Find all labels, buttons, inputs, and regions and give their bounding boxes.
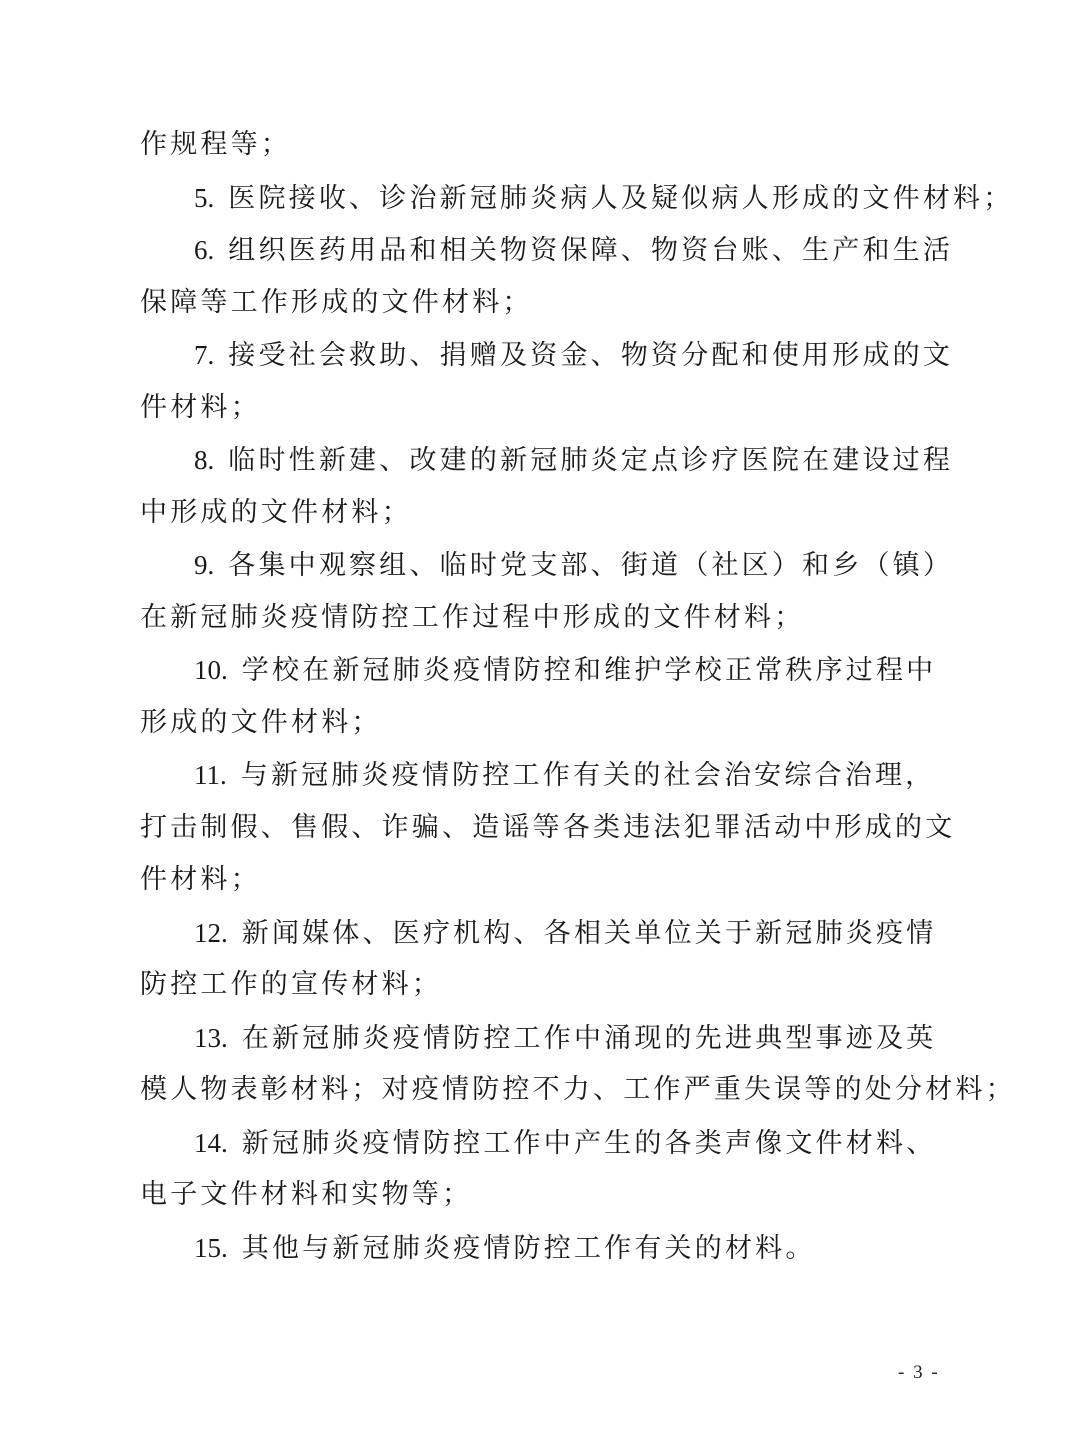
text-line: 打击制假、售假、诈骗、造谣等各类违法犯罪活动中形成的文	[140, 811, 940, 845]
list-item-line: 14.新冠肺炎疫情防控工作中产生的各类声像文件材料、	[194, 1126, 994, 1161]
list-item-number: 7.	[194, 340, 214, 370]
list-item-number: 9.	[194, 550, 214, 580]
text-line: 在新冠肺炎疫情防控工作过程中形成的文件材料；	[140, 601, 940, 635]
line-text: 学校在新冠肺炎疫情防控和维护学校正常秩序过程中	[242, 655, 937, 686]
list-item-line: 15.其他与新冠肺炎疫情防控工作有关的材料。	[194, 1231, 994, 1266]
list-item-number: 12.	[194, 918, 228, 948]
line-text: 临时性新建、改建的新冠肺炎定点诊疗医院在建设过程	[228, 445, 953, 476]
text-line: 防控工作的宣传材料；	[140, 968, 940, 1002]
list-item-number: 13.	[194, 1023, 228, 1053]
line-text: 组织医药用品和相关物资保障、物资台账、生产和生活	[228, 235, 953, 266]
line-text: 件材料；	[140, 392, 261, 423]
list-item-line: 11.与新冠肺炎疫情防控工作有关的社会治安综合治理，	[194, 758, 994, 793]
text-line: 电子文件材料和实物等；	[140, 1178, 940, 1212]
list-item-line: 8.临时性新建、改建的新冠肺炎定点诊疗医院在建设过程	[194, 443, 994, 478]
list-item-line: 9.各集中观察组、临时党支部、街道（社区）和乡（镇）	[194, 548, 994, 583]
list-item-line: 5.医院接收、诊治新冠肺炎病人及疑似病人形成的文件材料；	[194, 181, 994, 216]
list-item-number: 15.	[194, 1233, 228, 1263]
line-text: 作规程等；	[140, 129, 291, 160]
line-text: 与新冠肺炎疫情防控工作有关的社会治安综合治理，	[241, 760, 936, 791]
line-text: 件材料；	[140, 864, 261, 895]
text-line: 中形成的文件材料；	[140, 496, 940, 530]
list-item-line: 7.接受社会救助、捐赠及资金、物资分配和使用形成的文	[194, 338, 994, 373]
text-line: 形成的文件材料；	[140, 706, 940, 740]
line-text: 在新冠肺炎疫情防控工作中涌现的先进典型事迹及英	[242, 1023, 937, 1054]
line-text: 电子文件材料和实物等；	[140, 1179, 472, 1210]
list-item-number: 10.	[194, 655, 228, 685]
line-text: 新冠肺炎疫情防控工作中产生的各类声像文件材料、	[242, 1128, 937, 1159]
list-item-number: 11.	[194, 760, 227, 790]
list-item-line: 10.学校在新冠肺炎疫情防控和维护学校正常秩序过程中	[194, 653, 994, 688]
list-item-number: 5.	[194, 183, 214, 213]
text-line: 件材料；	[140, 863, 940, 897]
line-text: 在新冠肺炎疫情防控工作过程中形成的文件材料；	[140, 602, 804, 633]
line-text: 模人物表彰材料；对疫情防控不力、工作严重失误等的处分材料；	[140, 1074, 1016, 1105]
text-line: 模人物表彰材料；对疫情防控不力、工作严重失误等的处分材料；	[140, 1073, 940, 1107]
list-item-number: 8.	[194, 445, 214, 475]
line-text: 打击制假、售假、诈骗、造谣等各类违法犯罪活动中形成的文	[140, 812, 955, 843]
text-line: 保障等工作形成的文件材料；	[140, 286, 940, 320]
line-text: 医院接收、诊治新冠肺炎病人及疑似病人形成的文件材料；	[228, 183, 1013, 214]
line-text: 其他与新冠肺炎疫情防控工作有关的材料。	[242, 1233, 816, 1264]
list-item-number: 14.	[194, 1128, 228, 1158]
page-number: - 3 -	[898, 1362, 940, 1384]
text-line: 作规程等；	[140, 128, 940, 162]
line-text: 接受社会救助、捐赠及资金、物资分配和使用形成的文	[228, 340, 953, 371]
line-text: 各集中观察组、临时党支部、街道（社区）和乡（镇）	[228, 550, 953, 581]
list-item-line: 13.在新冠肺炎疫情防控工作中涌现的先进典型事迹及英	[194, 1021, 994, 1056]
line-text: 中形成的文件材料；	[140, 497, 412, 528]
line-text: 形成的文件材料；	[140, 707, 382, 738]
list-item-number: 6.	[194, 235, 214, 265]
line-text: 保障等工作形成的文件材料；	[140, 287, 533, 318]
list-item-line: 6.组织医药用品和相关物资保障、物资台账、生产和生活	[194, 233, 994, 268]
line-text: 防控工作的宣传材料；	[140, 969, 442, 1000]
document-page: 作规程等；5.医院接收、诊治新冠肺炎病人及疑似病人形成的文件材料；6.组织医药用…	[0, 0, 1074, 1435]
line-text: 新闻媒体、医疗机构、各相关单位关于新冠肺炎疫情	[242, 918, 937, 949]
text-line: 件材料；	[140, 391, 940, 425]
list-item-line: 12.新闻媒体、医疗机构、各相关单位关于新冠肺炎疫情	[194, 916, 994, 951]
